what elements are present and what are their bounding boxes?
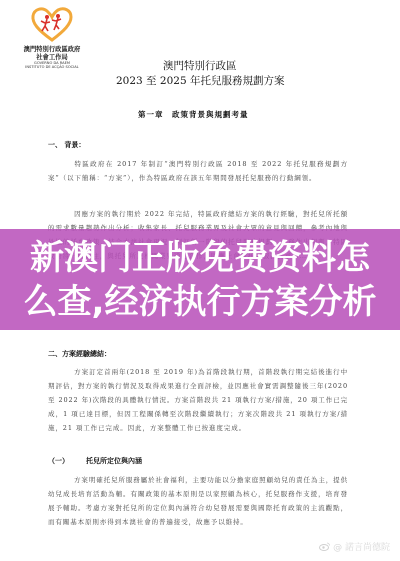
- title-line2: 2023 至 2025 年托兒服務規劃方案: [0, 74, 400, 89]
- subsection-heading: 托兒所定位與內涵: [86, 456, 142, 466]
- heart-logo-icon: [30, 6, 74, 42]
- subsection-heading-number: （一）: [48, 456, 69, 466]
- subsection-paragraph: 方案明確托兒所服務屬於社會福利，主要功能以分擔家庭照顧幼兒的責任為主，提供幼兒成…: [48, 473, 348, 543]
- section2-heading: 二、方案經驗總結：: [48, 349, 111, 359]
- weibo-icon: [319, 542, 330, 551]
- watermark-text: @ 諾言尚德院: [333, 540, 390, 553]
- document-page: 澳門特別行政區政府 社會工作局 GOVERNO DA RAEM INSTITUT…: [0, 0, 400, 561]
- title-line1: 澳門特別行政區: [0, 59, 400, 74]
- chapter-heading: 第一章 政策背景與規劃考量: [138, 109, 249, 120]
- overlay-banner-text: 新澳门正版免费资料怎 么查,经济执行方案分析: [0, 236, 400, 324]
- section1-paragraph1: 特區政府在 2017 年制訂“澳門特別行政區 2018 至 2022 年托兒服務…: [48, 157, 348, 199]
- banner-line2: 么查,经济执行方案分析: [0, 280, 400, 324]
- watermark: @ 諾言尚德院: [319, 540, 390, 553]
- document-title: 澳門特別行政區 2023 至 2025 年托兒服務規劃方案: [0, 59, 400, 89]
- section1-heading: 一、 背景：: [48, 140, 85, 150]
- banner-line1: 新澳门正版免费资料怎: [0, 236, 400, 280]
- org-name-zh-line1: 澳門特別行政區政府: [12, 46, 92, 54]
- section2-paragraph1: 方案訂定首兩年(2018 至 2019 年)為首階段執行期，首階段執行期完結後進…: [48, 365, 348, 449]
